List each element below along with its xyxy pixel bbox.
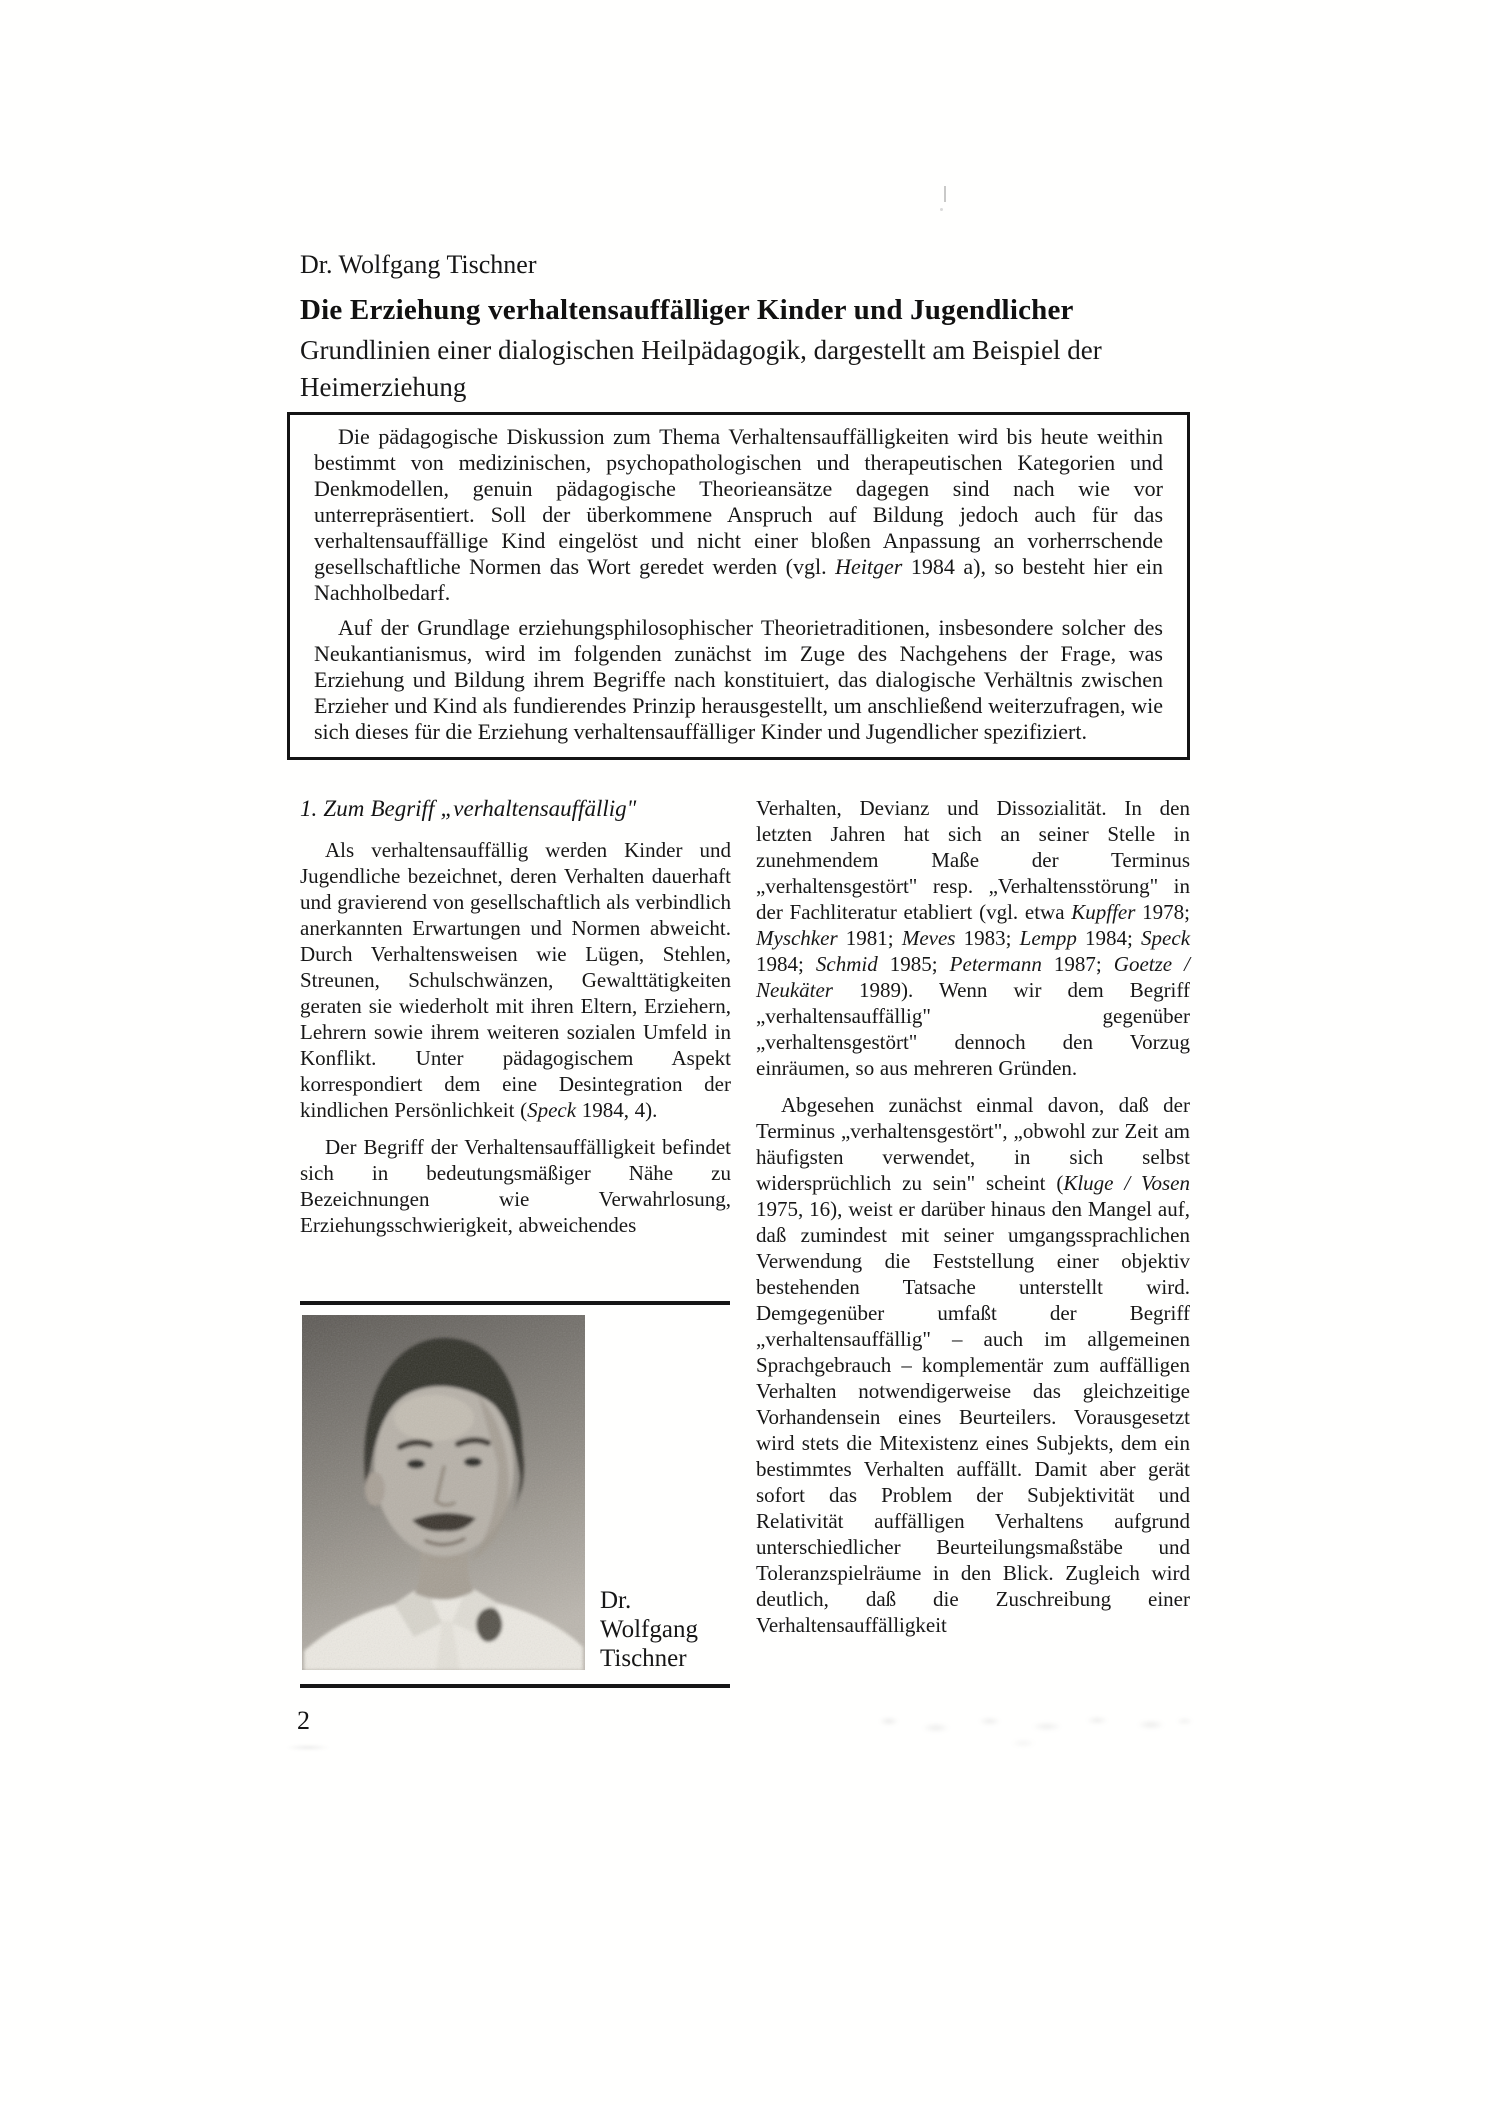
scan-speck (280, 1744, 350, 1751)
abstract-paragraph-1: Die pädagogische Diskussion zum Thema Ve… (314, 424, 1163, 606)
article-title: Die Erziehung verhaltensauffälliger Kind… (300, 293, 1195, 327)
photo-caption-line: Wolfgang (600, 1615, 740, 1644)
page-number: 2 (297, 1706, 310, 1736)
body-paragraph: Abgesehen zunächst einmal davon, daß der… (756, 1092, 1190, 1638)
abstract-paragraph-2: Auf der Grundlage erziehungsphilosophisc… (314, 615, 1163, 745)
body-paragraph: Als verhaltensauffällig werden Kinder un… (300, 837, 731, 1123)
right-column: Verhalten, Devianz und Dissozialität. In… (756, 795, 1190, 1638)
author-portrait-photo (302, 1315, 585, 1670)
body-paragraph: Verhalten, Devianz und Dissozialität. In… (756, 795, 1190, 1081)
left-column: 1. Zum Begriff „verhaltensauffällig" Als… (300, 795, 731, 1238)
photo-caption-line: Tischner (600, 1644, 740, 1673)
portrait-illustration (302, 1315, 585, 1670)
photo-caption: Dr. Wolfgang Tischner (600, 1586, 740, 1673)
scan-bleedthrough-smudge (862, 1708, 1198, 1752)
abstract-box: Die pädagogische Diskussion zum Thema Ve… (287, 412, 1190, 760)
section-heading: 1. Zum Begriff „verhaltensauffällig" (300, 795, 731, 823)
scan-artifact-tick (944, 186, 946, 202)
author-line: Dr. Wolfgang Tischner (300, 250, 1195, 280)
article-header: Dr. Wolfgang Tischner Die Erziehung verh… (300, 250, 1195, 406)
photo-bottom-rule (300, 1684, 730, 1688)
photo-caption-line: Dr. (600, 1586, 740, 1615)
photo-top-rule (300, 1301, 730, 1305)
scanned-article-page: Dr. Wolfgang Tischner Die Erziehung verh… (0, 0, 1488, 2105)
body-paragraph: Der Begriff der Verhaltensauffälligkeit … (300, 1134, 731, 1238)
article-subtitle: Grundlinien einer dialogischen Heilpädag… (300, 332, 1195, 406)
